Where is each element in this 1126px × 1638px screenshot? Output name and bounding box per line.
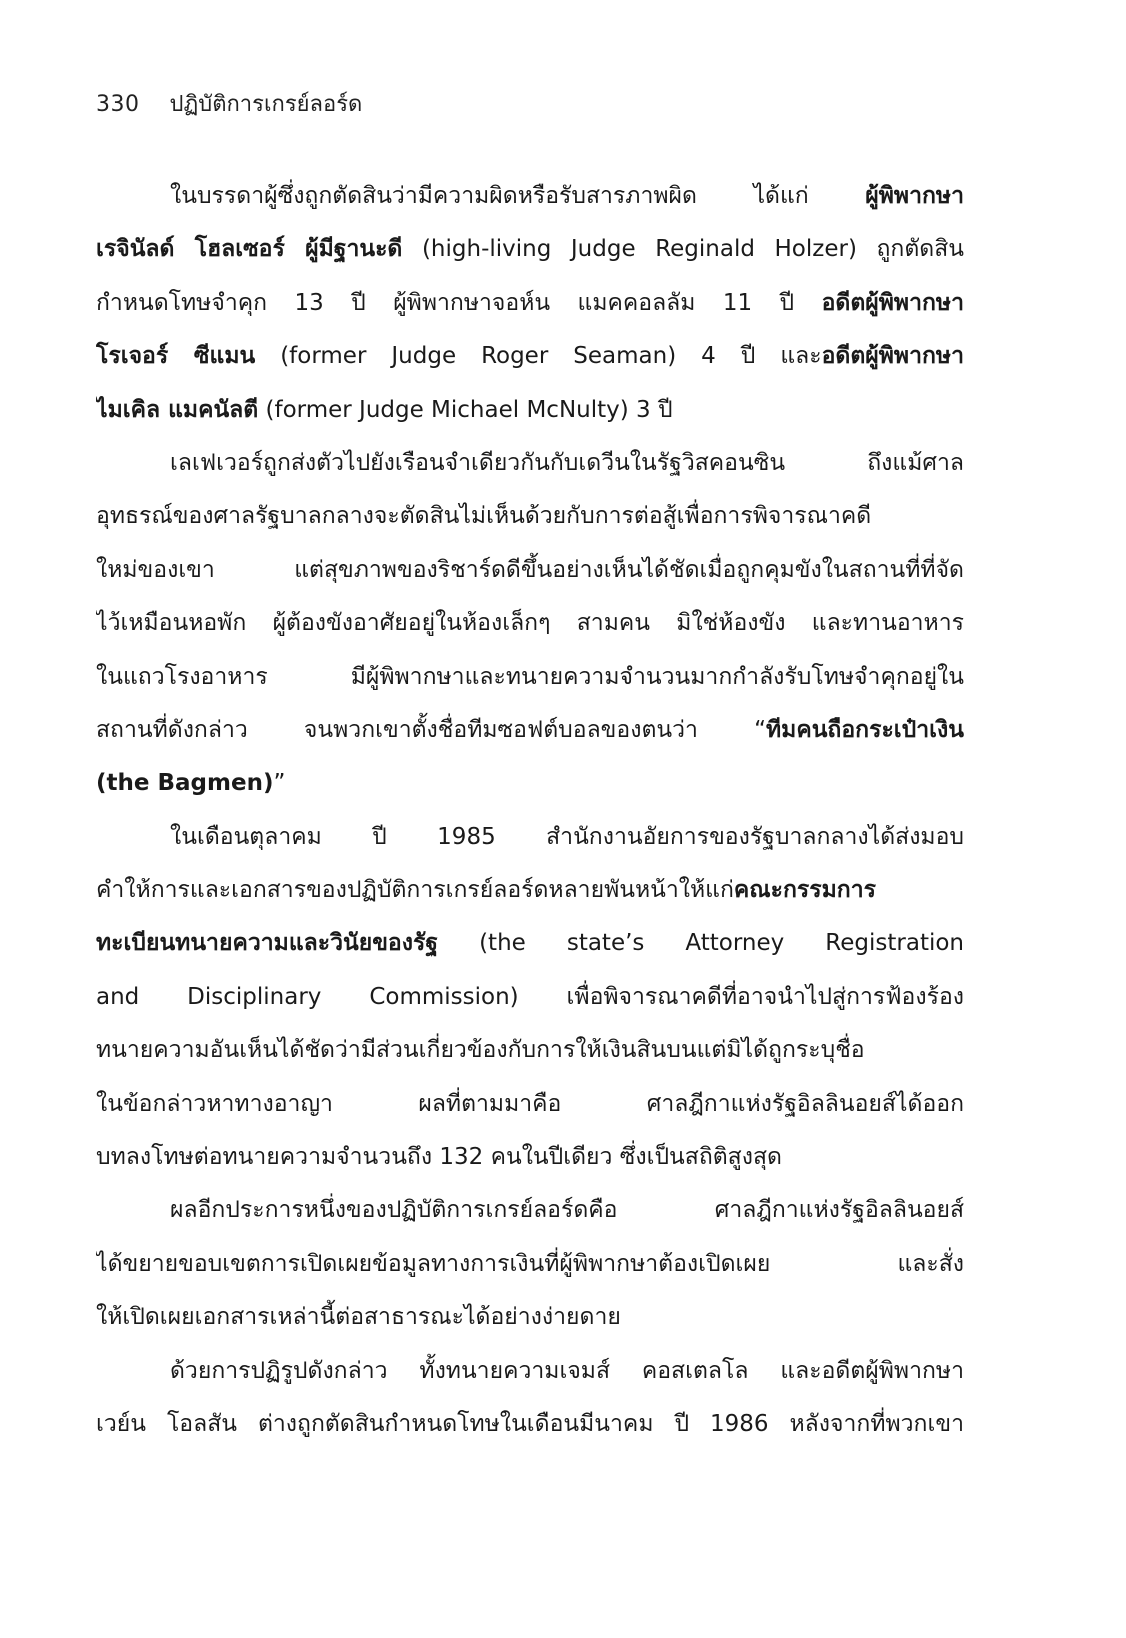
bold-term: ผู้พิพากษา [865, 183, 964, 209]
bold-term: คณะกรรมการ [734, 877, 876, 903]
book-page: 330 ปฏิบัติการเกรย์ลอร์ด ในบรรดาผู้ซึ่งถ… [0, 0, 1126, 1638]
text-line: ไว้เหมือนหอพัก ผู้ต้องขังอาศัยอยู่ในห้อง… [96, 597, 964, 650]
text-run: ” [273, 770, 285, 796]
bold-term: เรจินัลด์ โฮลเซอร์ ผู้มีฐานะดี [96, 236, 402, 262]
text-line: ไมเคิล แมคนัลตี (former Judge Michael Mc… [96, 384, 964, 437]
text-run: ไว้เหมือนหอพัก ผู้ต้องขังอาศัยอยู่ในห้อง… [96, 610, 964, 636]
text-line: โรเจอร์ ซีแมน (former Judge Roger Seaman… [96, 330, 964, 383]
text-run: ในข้อกล่าวหาทางอาญา ผลที่ตามมาคือ ศาลฎีก… [96, 1091, 964, 1117]
text-run: เวย์น โอลสัน ต่างถูกตัดสินกำหนดโทษในเดือ… [96, 1411, 964, 1437]
text-line: ใหม่ของเขา แต่สุขภาพของริชาร์ดดีขึ้นอย่า… [96, 544, 964, 597]
text-run: ในบรรดาผู้ซึ่งถูกตัดสินว่ามีความผิดหรือร… [170, 183, 865, 209]
text-run: (former Judge Michael McNulty) 3 ปี [258, 397, 672, 423]
bold-term: ทีมคนถือกระเป๋าเงิน [766, 717, 964, 743]
paragraph-first-line: เลเฟเวอร์ถูกส่งตัวไปยังเรือนจำเดียวกันกั… [96, 437, 964, 490]
text-line: ในแถวโรงอาหาร มีผู้พิพากษาและทนายความจำน… [96, 651, 964, 704]
bold-term: อดีตผู้พิพากษา [822, 290, 964, 316]
text-line: ทนายความอันเห็นได้ชัดว่ามีส่วนเกี่ยวข้อง… [96, 1024, 964, 1077]
text-run: กำหนดโทษจำคุก 13 ปี ผู้พิพากษาจอห์น แมคค… [96, 290, 822, 316]
page-number: 330 [96, 92, 140, 117]
running-header: 330 ปฏิบัติการเกรย์ลอร์ด [96, 86, 362, 122]
text-run: (former Judge Roger Seaman) 4 ปี และ [255, 343, 821, 369]
text-line: ให้เปิดเผยเอกสารเหล่านี้ต่อสาธารณะได้อย่… [96, 1291, 964, 1344]
paragraph-first-line: ในบรรดาผู้ซึ่งถูกตัดสินว่ามีความผิดหรือร… [96, 170, 964, 223]
text-run: (the state’s Attorney Registration [438, 930, 964, 956]
paragraph-first-line: ในเดือนตุลาคม ปี 1985 สำนักงานอัยการของร… [96, 811, 964, 864]
text-run: ด้วยการปฏิรูปดังกล่าว ทั้งทนายความเจมส์ … [170, 1358, 964, 1384]
text-line: สถานที่ดังกล่าว จนพวกเขาตั้งชื่อทีมซอฟต์… [96, 704, 964, 757]
text-run: ทนายความอันเห็นได้ชัดว่ามีส่วนเกี่ยวข้อง… [96, 1037, 865, 1063]
text-run: อุทธรณ์ของศาลรัฐบาลกลางจะตัดสินไม่เห็นด้… [96, 503, 871, 529]
text-line: เรจินัลด์ โฮลเซอร์ ผู้มีฐานะดี (high-liv… [96, 223, 964, 276]
text-run: เลเฟเวอร์ถูกส่งตัวไปยังเรือนจำเดียวกันกั… [170, 450, 964, 476]
running-title: ปฏิบัติการเกรย์ลอร์ด [170, 86, 363, 121]
text-run: ในเดือนตุลาคม ปี 1985 สำนักงานอัยการของร… [170, 824, 964, 850]
text-line: (the Bagmen)” [96, 757, 964, 810]
bold-term: (the Bagmen) [96, 770, 273, 796]
paragraph-first-line: ผลอีกประการหนึ่งของปฏิบัติการเกรย์ลอร์ดค… [96, 1184, 964, 1237]
paragraph-first-line: ด้วยการปฏิรูปดังกล่าว ทั้งทนายความเจมส์ … [96, 1345, 964, 1398]
text-line: ทะเบียนทนายความและวินัยของรัฐ (the state… [96, 917, 964, 970]
text-run: บทลงโทษต่อทนายความจำนวนถึง 132 คนในปีเดี… [96, 1144, 782, 1170]
bold-term: ไมเคิล แมคนัลตี [96, 397, 258, 423]
text-run: สถานที่ดังกล่าว จนพวกเขาตั้งชื่อทีมซอฟต์… [96, 717, 766, 743]
text-run: (high-living Judge Reginald Holzer) ถูกต… [402, 236, 964, 262]
text-run: ใหม่ของเขา แต่สุขภาพของริชาร์ดดีขึ้นอย่า… [96, 557, 964, 583]
bold-term: ทะเบียนทนายความและวินัยของรัฐ [96, 930, 438, 956]
body-text: ในบรรดาผู้ซึ่งถูกตัดสินว่ามีความผิดหรือร… [96, 170, 964, 1451]
text-run: คำให้การและเอกสารของปฏิบัติการเกรย์ลอร์ด… [96, 877, 734, 903]
text-run: and Disciplinary Commission) เพื่อพิจารณ… [96, 984, 964, 1010]
text-line: บทลงโทษต่อทนายความจำนวนถึง 132 คนในปีเดี… [96, 1131, 964, 1184]
bold-term: อดีตผู้พิพากษา [822, 343, 964, 369]
text-line: ในข้อกล่าวหาทางอาญา ผลที่ตามมาคือ ศาลฎีก… [96, 1078, 964, 1131]
text-line: and Disciplinary Commission) เพื่อพิจารณ… [96, 971, 964, 1024]
text-run: ให้เปิดเผยเอกสารเหล่านี้ต่อสาธารณะได้อย่… [96, 1304, 621, 1330]
text-line: คำให้การและเอกสารของปฏิบัติการเกรย์ลอร์ด… [96, 864, 964, 917]
bold-term: โรเจอร์ ซีแมน [96, 343, 255, 369]
text-line: กำหนดโทษจำคุก 13 ปี ผู้พิพากษาจอห์น แมคค… [96, 277, 964, 330]
text-run: ได้ขยายขอบเขตการเปิดเผยข้อมูลทางการเงินท… [96, 1251, 964, 1277]
text-line: เวย์น โอลสัน ต่างถูกตัดสินกำหนดโทษในเดือ… [96, 1398, 964, 1451]
text-line: ได้ขยายขอบเขตการเปิดเผยข้อมูลทางการเงินท… [96, 1238, 964, 1291]
text-run: ในแถวโรงอาหาร มีผู้พิพากษาและทนายความจำน… [96, 664, 964, 690]
text-line: อุทธรณ์ของศาลรัฐบาลกลางจะตัดสินไม่เห็นด้… [96, 490, 964, 543]
text-run: ผลอีกประการหนึ่งของปฏิบัติการเกรย์ลอร์ดค… [170, 1197, 964, 1223]
